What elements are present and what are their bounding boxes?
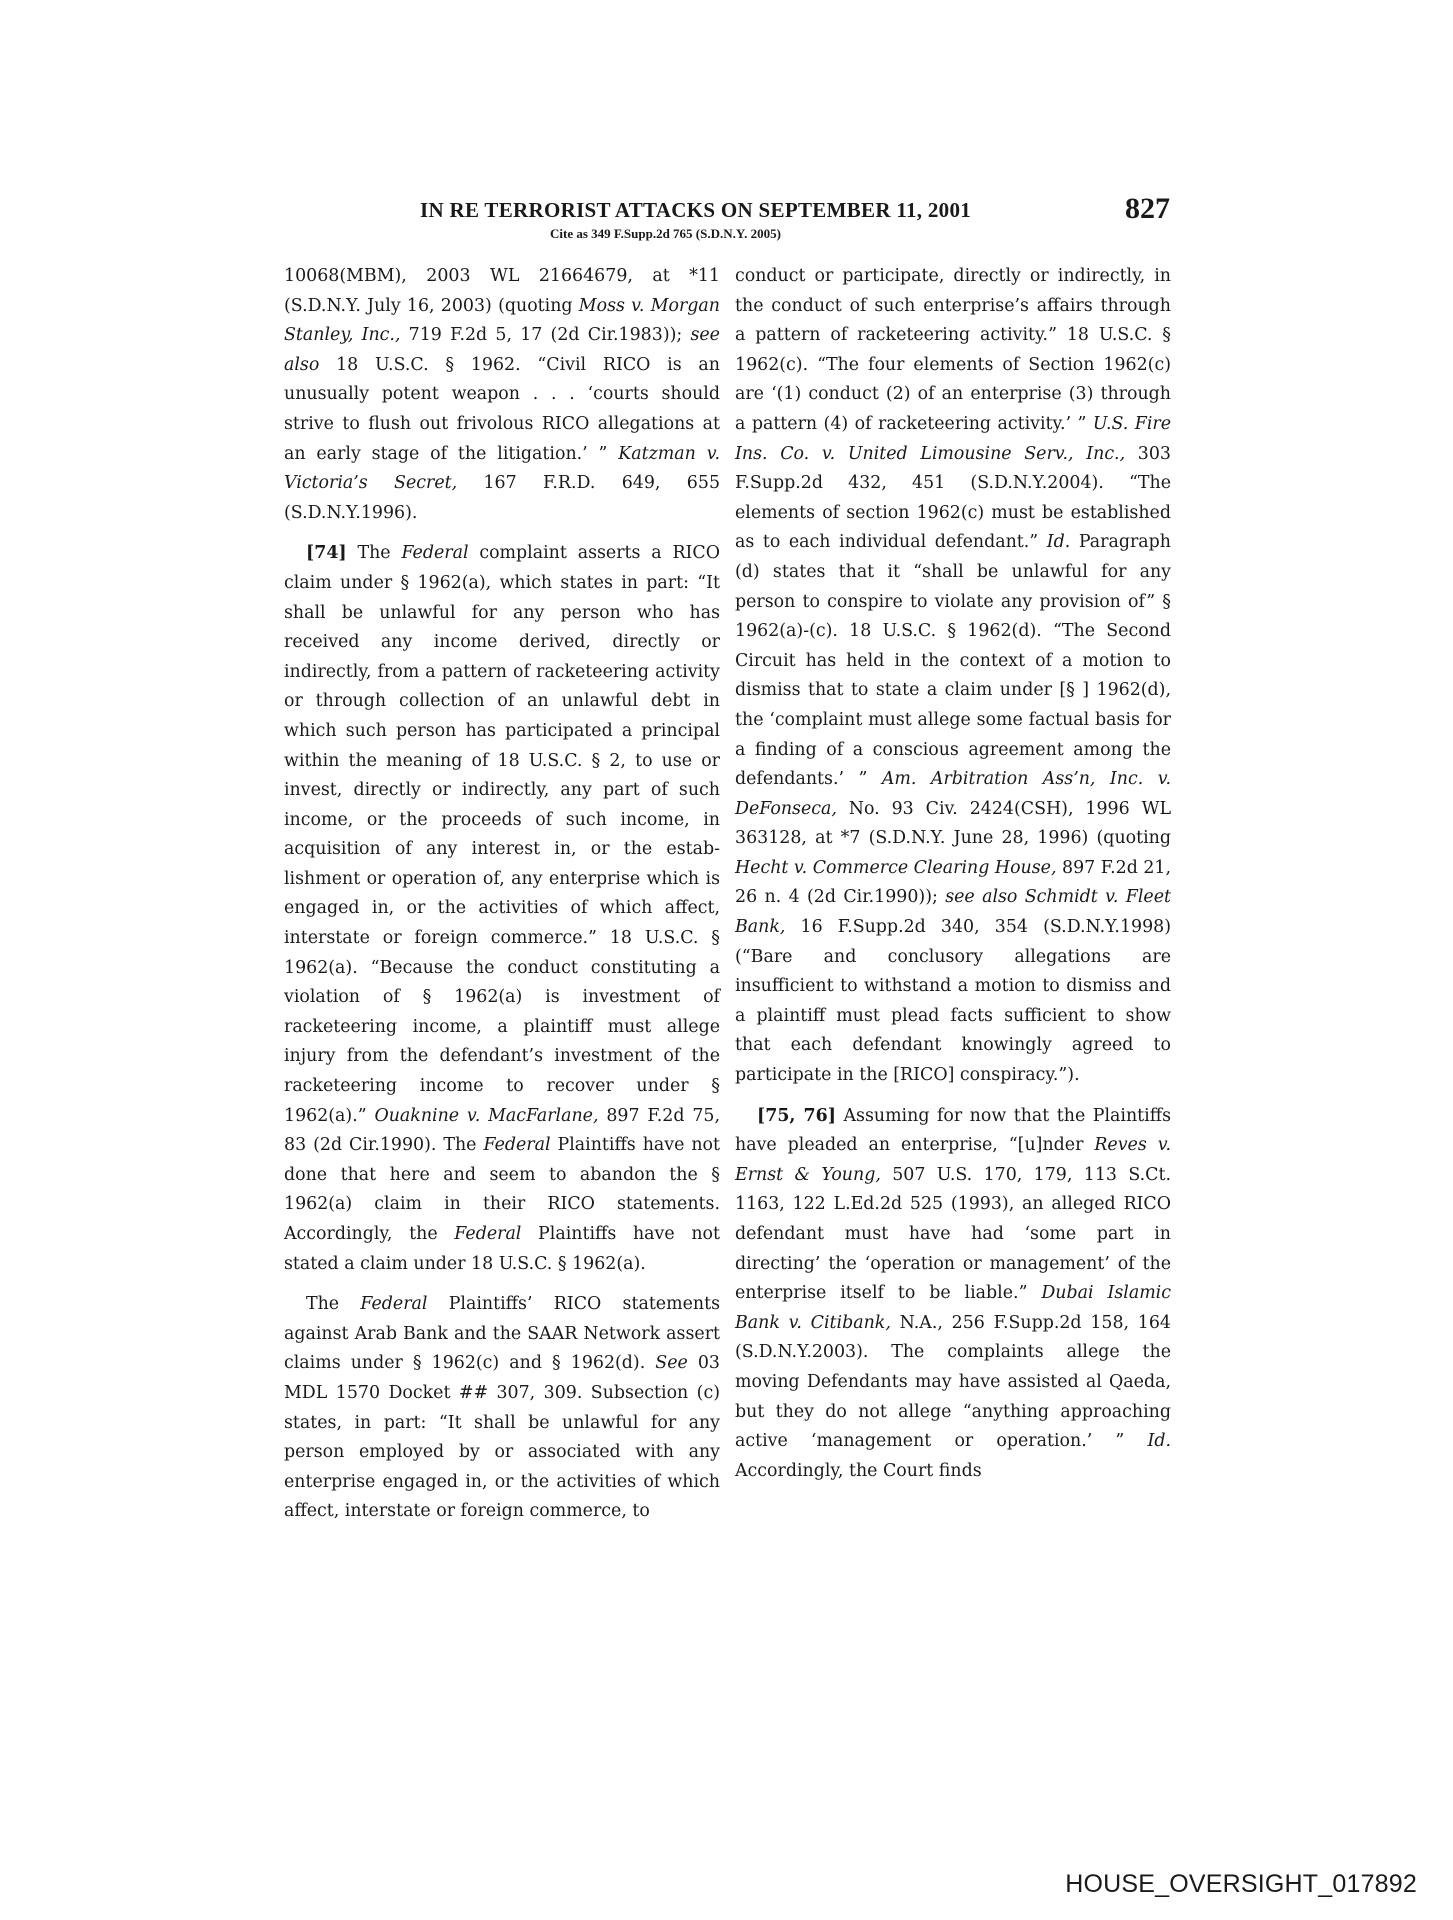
running-header: IN RE TERRORIST ATTACKS ON SEPTEMBER 11,… (285, 198, 1170, 258)
emphasis: Federal (401, 543, 468, 563)
paragraph-rico-statements: The Federal Plaintiffs’ RICO statements … (284, 1290, 720, 1527)
signal-phrase: See (655, 1353, 688, 1373)
headnote-marker: [75, 76] (757, 1106, 836, 1126)
left-column: 10068(MBM), 2003 WL 21664679, at *11 (S.… (284, 262, 720, 1527)
emphasis: Federal (483, 1135, 550, 1155)
emphasis: Federal (454, 1224, 521, 1244)
signal-phrase: Id. (1047, 532, 1071, 552)
paragraph-headnote-75-76: [75, 76] Assuming for now that the Plain… (735, 1102, 1171, 1487)
page-number: 827 (1125, 192, 1170, 226)
document-page: IN RE TERRORIST ATTACKS ON SEPTEMBER 11,… (0, 0, 1453, 1920)
case-name: Ouaknine v. MacFarlane, (374, 1106, 598, 1126)
headnote-marker: [74] (306, 543, 347, 563)
paragraph-headnote-74: [74] The Federal complaint asserts a RIC… (284, 539, 720, 1279)
bates-number: HOUSE_OVERSIGHT_017892 (1065, 1870, 1417, 1899)
paragraph-continuation: conduct or participate, directly or indi… (735, 262, 1171, 1091)
right-column: conduct or participate, directly or indi… (735, 262, 1171, 1486)
paragraph-continuation: 10068(MBM), 2003 WL 21664679, at *11 (S.… (284, 262, 720, 528)
case-name: Hecht v. Commerce Clearing House, (735, 858, 1057, 878)
signal-phrase: Id. (1147, 1431, 1171, 1451)
case-title: IN RE TERRORIST ATTACKS ON SEPTEMBER 11,… (420, 198, 971, 223)
citation-line: Cite as 349 F.Supp.2d 765 (S.D.N.Y. 2005… (550, 226, 781, 242)
emphasis: Federal (360, 1294, 427, 1314)
